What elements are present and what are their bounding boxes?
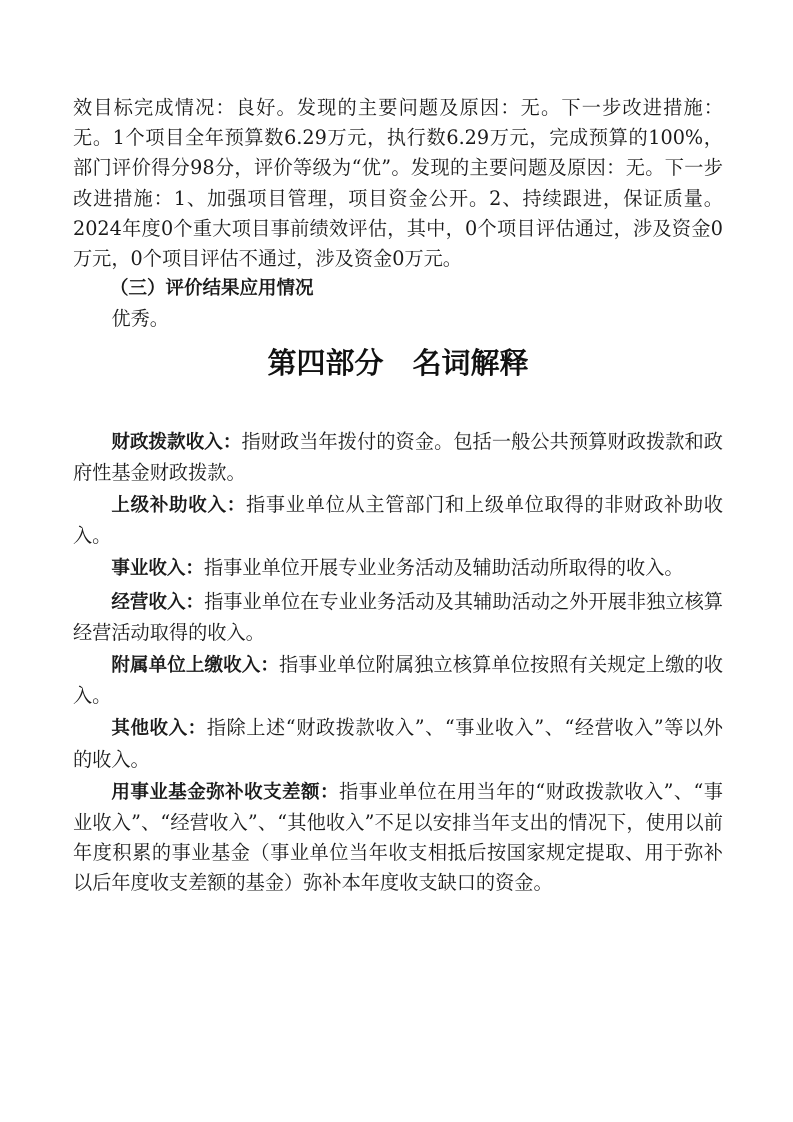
definition-item: 上级补助收入：指事业单位从主管部门和上级单位取得的非财政补助收入。 — [73, 490, 723, 551]
definition-item: 附属单位上缴收入：指事业单位附属独立核算单位按照有关规定上缴的收入。 — [73, 650, 723, 711]
continuation-paragraph: 效目标完成情况：良好。发现的主要问题及原因：无。下一步改进措施：无。1个项目全年… — [73, 93, 723, 274]
definition-term: 上级补助收入： — [111, 495, 246, 516]
definition-term: 其他收入： — [111, 718, 206, 739]
definition-item: 用事业基金弥补收支差额：指事业单位在用当年的“财政拨款收入”、“事业收入”、“经… — [73, 777, 723, 899]
definition-term: 附属单位上缴收入： — [111, 655, 279, 676]
part-title: 第四部分 名词解释 — [73, 343, 723, 383]
subsection-body: 优秀。 — [73, 304, 723, 334]
definition-term: 财政拨款收入： — [111, 432, 241, 453]
definition-term: 用事业基金弥补收支差额： — [111, 782, 339, 803]
document-page: 效目标完成情况：良好。发现的主要问题及原因：无。下一步改进措施：无。1个项目全年… — [73, 93, 723, 901]
definitions-list: 财政拨款收入：指财政当年拨付的资金。包括一般公共预算财政拨款和政府性基金财政拨款… — [73, 427, 723, 899]
definition-text: 指事业单位开展专业业务活动及辅助活动所取得的收入。 — [204, 556, 684, 579]
subsection-heading: （三）评价结果应用情况 — [73, 274, 723, 304]
definition-item: 事业收入：指事业单位开展专业业务活动及辅助活动所取得的收入。 — [73, 553, 723, 584]
definition-item: 其他收入：指除上述“财政拨款收入”、“事业收入”、“经营收入”等以外的收入。 — [73, 713, 723, 774]
definition-term: 经营收入： — [111, 592, 204, 613]
definition-term: 事业收入： — [111, 558, 204, 579]
definition-item: 财政拨款收入：指财政当年拨付的资金。包括一般公共预算财政拨款和政府性基金财政拨款… — [73, 427, 723, 488]
definition-item: 经营收入：指事业单位在专业业务活动及其辅助活动之外开展非独立核算经营活动取得的收… — [73, 587, 723, 648]
